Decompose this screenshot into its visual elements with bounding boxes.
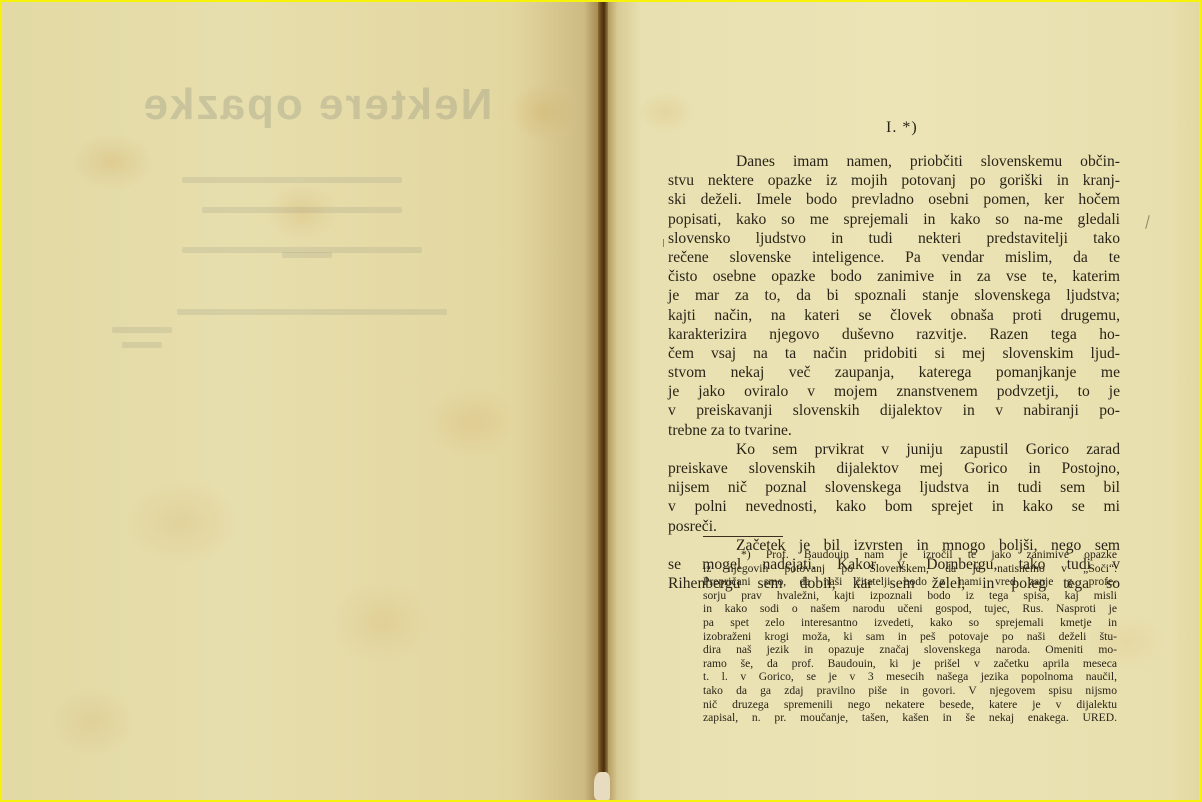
book-spread: Nektere opazke I. *) Danes imam namen, p… [2, 2, 1199, 800]
text-line: čisto osebne opazke bodo zanimive in za … [668, 267, 1120, 286]
text-line: kajti način, na kateri se človek obnaša … [668, 306, 1120, 325]
text-line: trebne za to tvarine. [668, 421, 1120, 440]
footnote-line: izobraženi krogi moža, ki sam in peš pot… [703, 630, 1117, 644]
torn-edge [594, 772, 610, 800]
text-line: stvu nektere opazke iz mojih potovanj po… [668, 171, 1120, 190]
footnote: *) Prof. Baudouin nam je izročil te jako… [703, 548, 1117, 725]
text-line: v preiskavanji slovenskih dijalektov in … [668, 401, 1120, 420]
bleed-through-line [122, 342, 162, 348]
footnote-line: tako da ga zdaj pravilno piše in govori.… [703, 684, 1117, 698]
text-line: preiskave slovenskih dijalektov mej Gori… [668, 459, 1120, 478]
text-line: je jako oviralo v mojem znanstvenem podv… [668, 382, 1120, 401]
text-line: karakterizira njegovo duševno razvitje. … [668, 325, 1120, 344]
chapter-heading: I. *) [886, 119, 918, 137]
left-page: Nektere opazke [2, 2, 602, 800]
footnote-line: *) Prof. Baudouin nam je izročil te jako… [703, 548, 1117, 562]
text-line: čem vsaj na ta način pridobiti si mej sl… [668, 344, 1120, 363]
footnote-line: iz njegovih potovanj po Slovenskem, da j… [703, 562, 1117, 576]
bleed-through-line [112, 327, 172, 333]
text-line: v polni nevednosti, kako bom sprejet in … [668, 497, 1120, 516]
text-line: popisati, kako so me sprejemali in kako … [668, 210, 1120, 229]
footnote-line: ramo še, da prof. Baudouin, ki je prišel… [703, 657, 1117, 671]
text-line: je mar za to, da bi spoznali stanje slov… [668, 286, 1120, 305]
footnote-rule [703, 536, 783, 537]
footnote-line: nič druzega spremenili nego nekatere bes… [703, 698, 1117, 712]
body-text: Danes imam namen, priobčiti slovenskemu … [668, 152, 1120, 593]
text-line: rečene slovenske inteligence. Pa vendar … [668, 248, 1120, 267]
bleed-through-line [182, 177, 402, 183]
footnote-line: t. l. v Gorico, se je v 3 mesecih našega… [703, 670, 1117, 684]
footnote-line: sorju prav hvaležni, kajti izpoznali bod… [703, 589, 1117, 603]
bleed-through-line [282, 252, 332, 258]
footnote-line: zapisal, n. pr. moučanje, tašen, kašen i… [703, 711, 1117, 725]
footnote-line: dira naš jezik in opazuje značaj slovens… [703, 643, 1117, 657]
text-line: slovensko ljudstvo in tudi nekteri preds… [668, 229, 1120, 248]
footnote-line: Prepričani smo, da naši čitatelji bodo z… [703, 575, 1117, 589]
footnote-line: pa spet zelo interesantno izvedeti, kako… [703, 616, 1117, 630]
text-line: ski deželi. Imele bodo prevladno osebni … [668, 190, 1120, 209]
text-line: posreči. [668, 517, 1120, 536]
margin-mark [663, 239, 664, 247]
footnote-line: in kako sodi o našem narodu učeni gospod… [703, 602, 1117, 616]
bleed-through-line [177, 309, 447, 315]
text-line: nijsem nič poznal slovenskega ljudstva i… [668, 478, 1120, 497]
bleed-through-title: Nektere opazke [127, 80, 507, 130]
text-line: stvom nekaj več zaupanja, katerega poman… [668, 363, 1120, 382]
text-line: Danes imam namen, priobčiti slovenskemu … [668, 152, 1120, 171]
bleed-through-line [202, 207, 402, 213]
book-gutter [598, 2, 608, 800]
text-line: Ko sem prvikrat v juniju zapustil Gorico… [668, 440, 1120, 459]
